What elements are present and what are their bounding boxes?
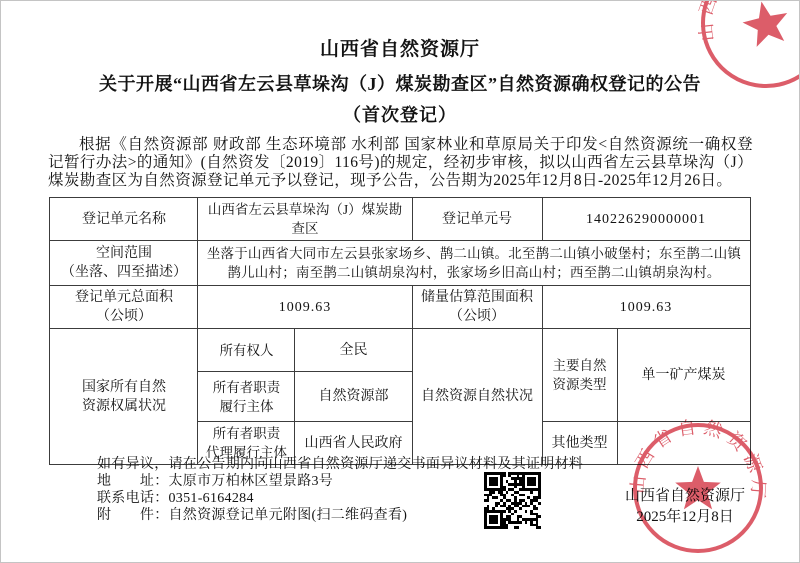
owner-label: 所有权人: [198, 329, 295, 372]
table-row: 登记单元名称 山西省左云县草垛沟（J）煤炭勘查区 登记单元号 140226290…: [50, 198, 750, 241]
table-row: 国家所有自然资源权属状况 所有权人 全民 自然资源自然状况 主要自然资源类型 单…: [50, 329, 750, 372]
reserve-area-value: 1009.63: [542, 286, 750, 329]
table-row: 登记单元总面积（公顷） 1009.63 储量估算范围面积（公顷） 1009.63: [50, 286, 750, 329]
scope-value: 坐落于山西省大同市左云县张家场乡、鹊二山镇。北至鹊二山镇小破堡村；东至鹊二山镇鹊…: [198, 241, 750, 286]
intro-paragraph: 根据《自然资源部 财政部 生态环境部 水利部 国家林业和草原局关于印发<自然资源…: [48, 136, 753, 190]
attachment-line: 附 件：自然资源登记单元附图(扫二维码查看): [97, 504, 407, 524]
scope-label: 空间范围（坐落、四至描述）: [50, 241, 198, 286]
main-type-value: 单一矿产煤炭: [617, 329, 750, 422]
unit-no-value: 140226290000001: [542, 198, 750, 241]
qr-code: [484, 472, 541, 529]
table-row: 空间范围（坐落、四至描述） 坐落于山西省大同市左云县张家场乡、鹊二山镇。北至鹊二…: [50, 241, 750, 286]
unit-no-label: 登记单元号: [412, 198, 542, 241]
main-type-label: 主要自然资源类型: [542, 329, 617, 422]
nature-status-label: 自然资源自然状况: [412, 329, 542, 465]
other-type-value: [617, 422, 750, 465]
area-value: 1009.63: [198, 286, 412, 329]
issuing-org: 山西省自然资源厅: [1, 34, 799, 61]
document-page: 山西省自然资源厅 关于开展“山西省左云县草垛沟（J）煤炭勘查区”自然资源确权登记…: [0, 0, 800, 563]
registration-table: 登记单元名称 山西省左云县草垛沟（J）煤炭勘查区 登记单元号 140226290…: [49, 197, 750, 465]
ownership-label: 国家所有自然资源权属状况: [50, 329, 198, 465]
reserve-area-label: 储量估算范围面积（公顷）: [412, 286, 542, 329]
page-title: 关于开展“山西省左云县草垛沟（J）煤炭勘查区”自然资源确权登记的公告: [1, 70, 799, 96]
signature-date: 2025年12月8日: [609, 508, 761, 527]
signature-block: 山西省自然资源厅 2025年12月8日: [609, 487, 761, 527]
duty-holder-label: 所有者职责履行主体: [198, 372, 295, 422]
unit-name-value: 山西省左云县草垛沟（J）煤炭勘查区: [198, 198, 412, 241]
signature-org: 山西省自然资源厅: [609, 487, 761, 506]
unit-name-label: 登记单元名称: [50, 198, 198, 241]
duty-holder-value: 自然资源部: [295, 372, 412, 422]
area-label: 登记单元总面积（公顷）: [50, 286, 198, 329]
owner-value: 全民: [295, 329, 412, 372]
page-subtitle: （首次登记）: [1, 101, 799, 127]
